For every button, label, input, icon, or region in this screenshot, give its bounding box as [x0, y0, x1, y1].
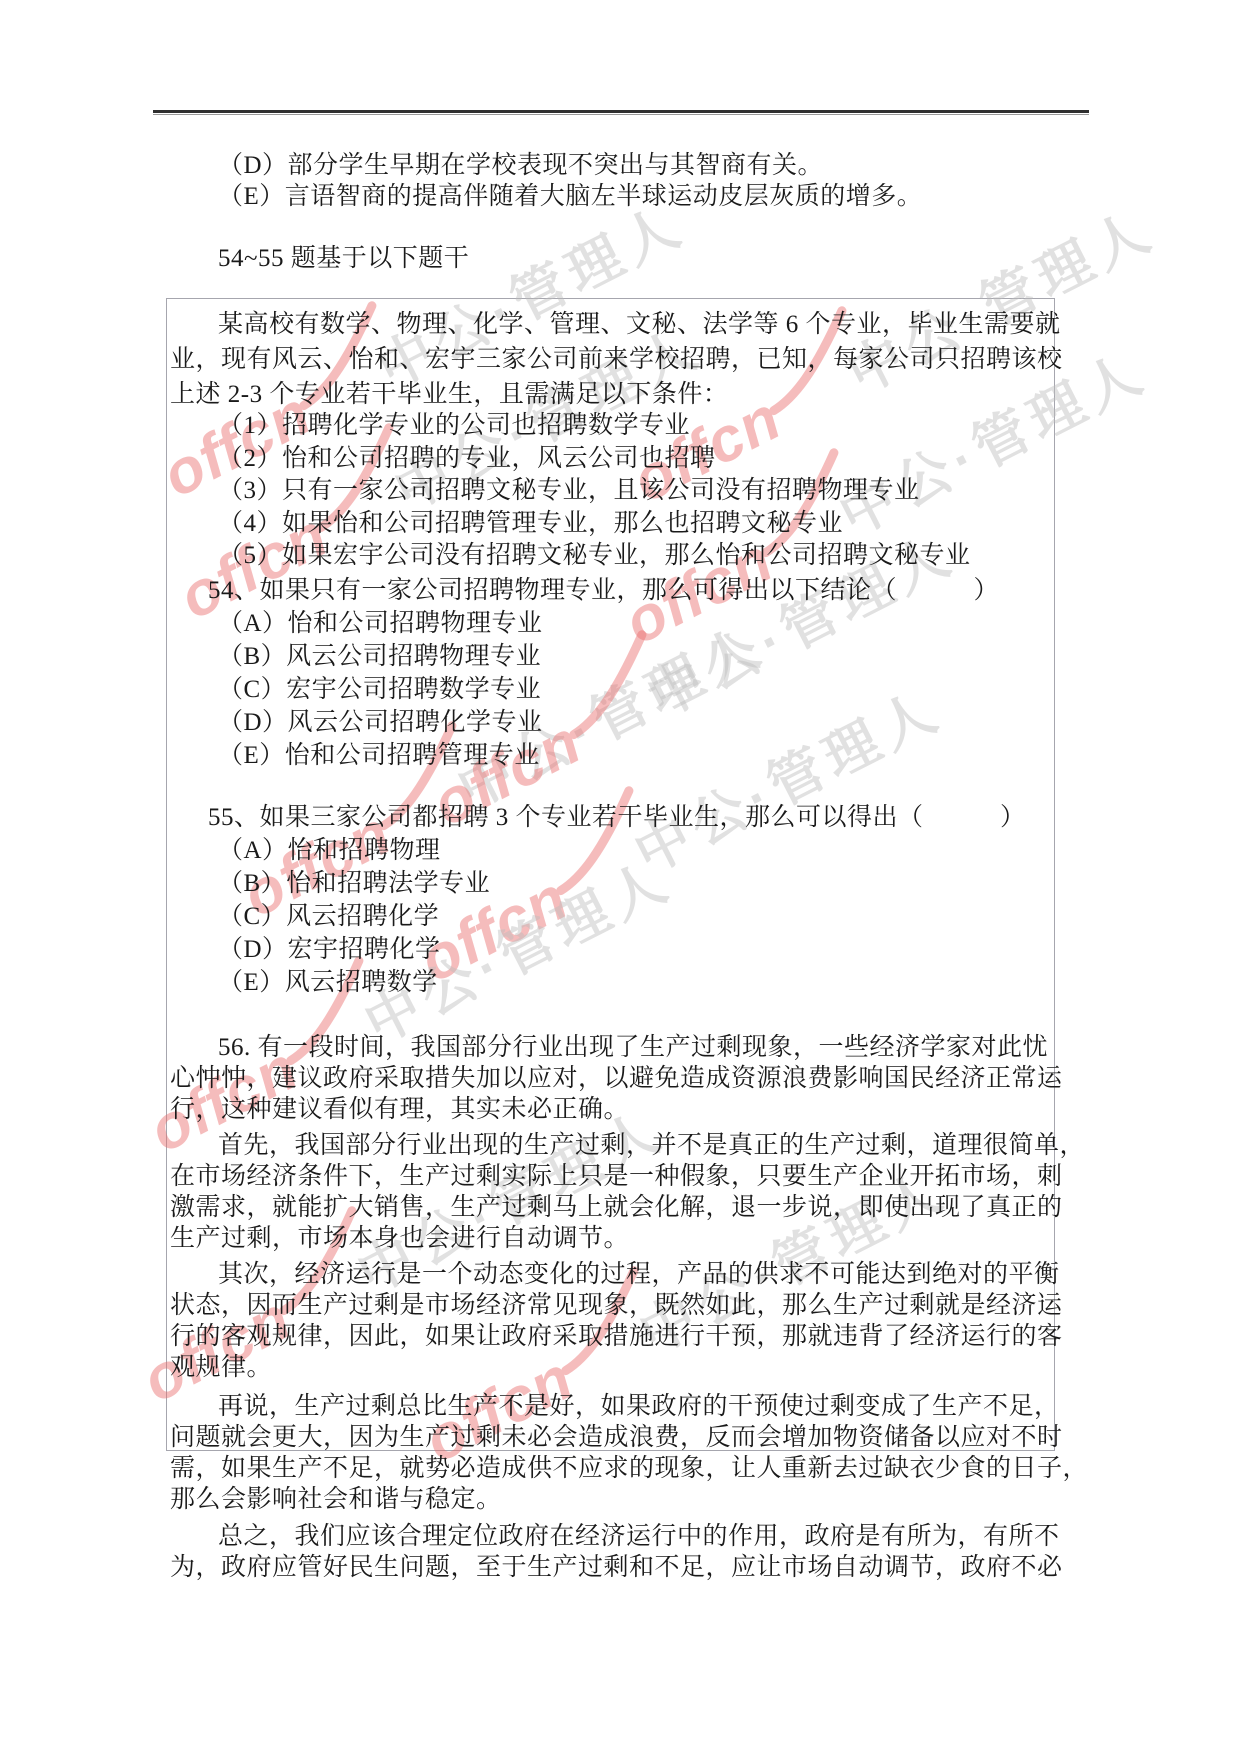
question-56-paragraph-1: 56. 有一段时间，我国部分行业出现了生产过剩现象，一些经济学家对此忧 心忡忡，…: [170, 1032, 1092, 1125]
q56-line: 需，如果生产不足，就势必造成供不应求的现象，让人重新去过缺衣少食的日子，: [170, 1453, 1092, 1484]
q56-line: 总之，我们应该合理定位政府在经济运行中的作用，政府是有所为，有所不: [170, 1521, 1092, 1552]
section-note: 54~55 题基于以下题干: [170, 243, 1092, 274]
q56-line: 问题就会更大，因为生产过剩未必会造成浪费，反而会增加物资储备以应对不时: [170, 1422, 1092, 1453]
q56-line: 行，这种建议看似有理，其实未必正确。: [170, 1094, 1092, 1125]
question-55-option-c: （C）风云招聘化学: [170, 900, 1092, 933]
q56-line: 那么会影响社会和谐与稳定。: [170, 1484, 1092, 1515]
question-56-paragraph-3: 其次，经济运行是一个动态变化的过程，产品的供求不可能达到绝对的平衡 状态，因而生…: [170, 1259, 1092, 1383]
q56-line: 再说，生产过剩总比生产不是好，如果政府的干预使过剩变成了生产不足，: [170, 1391, 1092, 1422]
condition-line: （4）如果怡和公司招聘管理专业，那么也招聘文秘专业: [170, 508, 1092, 541]
question-55-option-e: （E）风云招聘数学: [170, 966, 1092, 999]
condition-line: （5）如果宏宇公司没有招聘文秘专业，那么怡和公司招聘文秘专业: [170, 540, 1092, 573]
stem-line: 上述 2-3 个专业若干毕业生，且需满足以下条件：: [170, 377, 1092, 412]
stem-conditions: （1）招聘化学专业的公司也招聘数学专业 （2）怡和公司招聘的专业，风云公司也招聘…: [170, 410, 1092, 573]
section-note-block: 54~55 题基于以下题干: [170, 243, 1092, 274]
q56-line: 观规律。: [170, 1352, 1092, 1383]
q56-line: 为，政府应管好民生问题，至于生产过剩和不足，应让市场自动调节，政府不必: [170, 1552, 1092, 1583]
text-layer: （D）部分学生早期在学校表现不突出与其智商有关。 （E）言语智商的提高伴随着大脑…: [0, 0, 1241, 1754]
question-56-paragraph-4: 再说，生产过剩总比生产不是好，如果政府的干预使过剩变成了生产不足， 问题就会更大…: [170, 1391, 1092, 1515]
question-55: 55、如果三家公司都招聘 3 个专业若干毕业生，那么可以得出（ ） （A）怡和招…: [170, 801, 1092, 999]
question-54-option-d: （D）风云公司招聘化学专业: [170, 706, 1092, 739]
q56-line: 心忡忡，建议政府采取措失加以应对，以避免造成资源浪费影响国民经济正常运: [170, 1063, 1092, 1094]
question-55-option-a: （A）怡和招聘物理: [170, 834, 1092, 867]
q56-line: 其次，经济运行是一个动态变化的过程，产品的供求不可能达到绝对的平衡: [170, 1259, 1092, 1290]
question-54-option-b: （B）风云公司招聘物理专业: [170, 640, 1092, 673]
question-54: 54、如果只有一家公司招聘物理专业，那么可得出以下结论（ ） （A）怡和公司招聘…: [170, 574, 1092, 772]
question-54-prompt: 54、如果只有一家公司招聘物理专业，那么可得出以下结论（ ）: [170, 574, 1092, 607]
q56-line: 生产过剩，市场本身也会进行自动调节。: [170, 1223, 1092, 1254]
condition-line: （3）只有一家公司招聘文秘专业，且该公司没有招聘物理专业: [170, 475, 1092, 508]
question-55-prompt: 55、如果三家公司都招聘 3 个专业若干毕业生，那么可以得出（ ）: [170, 801, 1092, 834]
question-54-option-a: （A）怡和公司招聘物理专业: [170, 607, 1092, 640]
question-55-option-b: （B）怡和招聘法学专业: [170, 867, 1092, 900]
question-56-paragraph-2: 首先，我国部分行业出现的生产过剩，并不是真正的生产过剩，道理很简单， 在市场经济…: [170, 1130, 1092, 1254]
condition-line: （2）怡和公司招聘的专业，风云公司也招聘: [170, 443, 1092, 476]
previous-question-options: （D）部分学生早期在学校表现不突出与其智商有关。 （E）言语智商的提高伴随着大脑…: [170, 150, 1092, 212]
question-56-paragraph-5: 总之，我们应该合理定位政府在经济运行中的作用，政府是有所为，有所不 为，政府应管…: [170, 1521, 1092, 1583]
option-line-d: （D）部分学生早期在学校表现不突出与其智商有关。: [170, 150, 1092, 181]
q56-line: 行的客观规律，因此，如果让政府采取措施进行干预，那就违背了经济运行的客: [170, 1321, 1092, 1352]
option-line-e: （E）言语智商的提高伴随着大脑左半球运动皮层灰质的增多。: [170, 181, 1092, 212]
q56-line: 在市场经济条件下，生产过剩实际上只是一种假象，只要生产企业开拓市场，刺: [170, 1161, 1092, 1192]
document-page: offcn 中公·管理人 offcn 中公·管理人 offcn 中公·管理人 o…: [0, 0, 1241, 1754]
q56-line: 状态，因而生产过剩是市场经济常见现象，既然如此，那么生产过剩就是经济运: [170, 1290, 1092, 1321]
q56-line: 首先，我国部分行业出现的生产过剩，并不是真正的生产过剩，道理很简单，: [170, 1130, 1092, 1161]
q56-line: 56. 有一段时间，我国部分行业出现了生产过剩现象，一些经济学家对此忧: [170, 1032, 1092, 1063]
question-55-option-d: （D）宏宇招聘化学: [170, 933, 1092, 966]
question-54-option-c: （C）宏宇公司招聘数学专业: [170, 673, 1092, 706]
question-54-option-e: （E）怡和公司招聘管理专业: [170, 739, 1092, 772]
q56-line: 激需求，就能扩大销售，生产过剩马上就会化解，退一步说，即使出现了真正的: [170, 1192, 1092, 1223]
stem-line: 某高校有数学、物理、化学、管理、文秘、法学等 6 个专业，毕业生需要就: [170, 307, 1092, 342]
stem-line: 业，现有风云、怡和、宏宇三家公司前来学校招聘，已知，每家公司只招聘该校: [170, 342, 1092, 377]
condition-line: （1）招聘化学专业的公司也招聘数学专业: [170, 410, 1092, 443]
stem-paragraph: 某高校有数学、物理、化学、管理、文秘、法学等 6 个专业，毕业生需要就 业，现有…: [170, 307, 1092, 412]
